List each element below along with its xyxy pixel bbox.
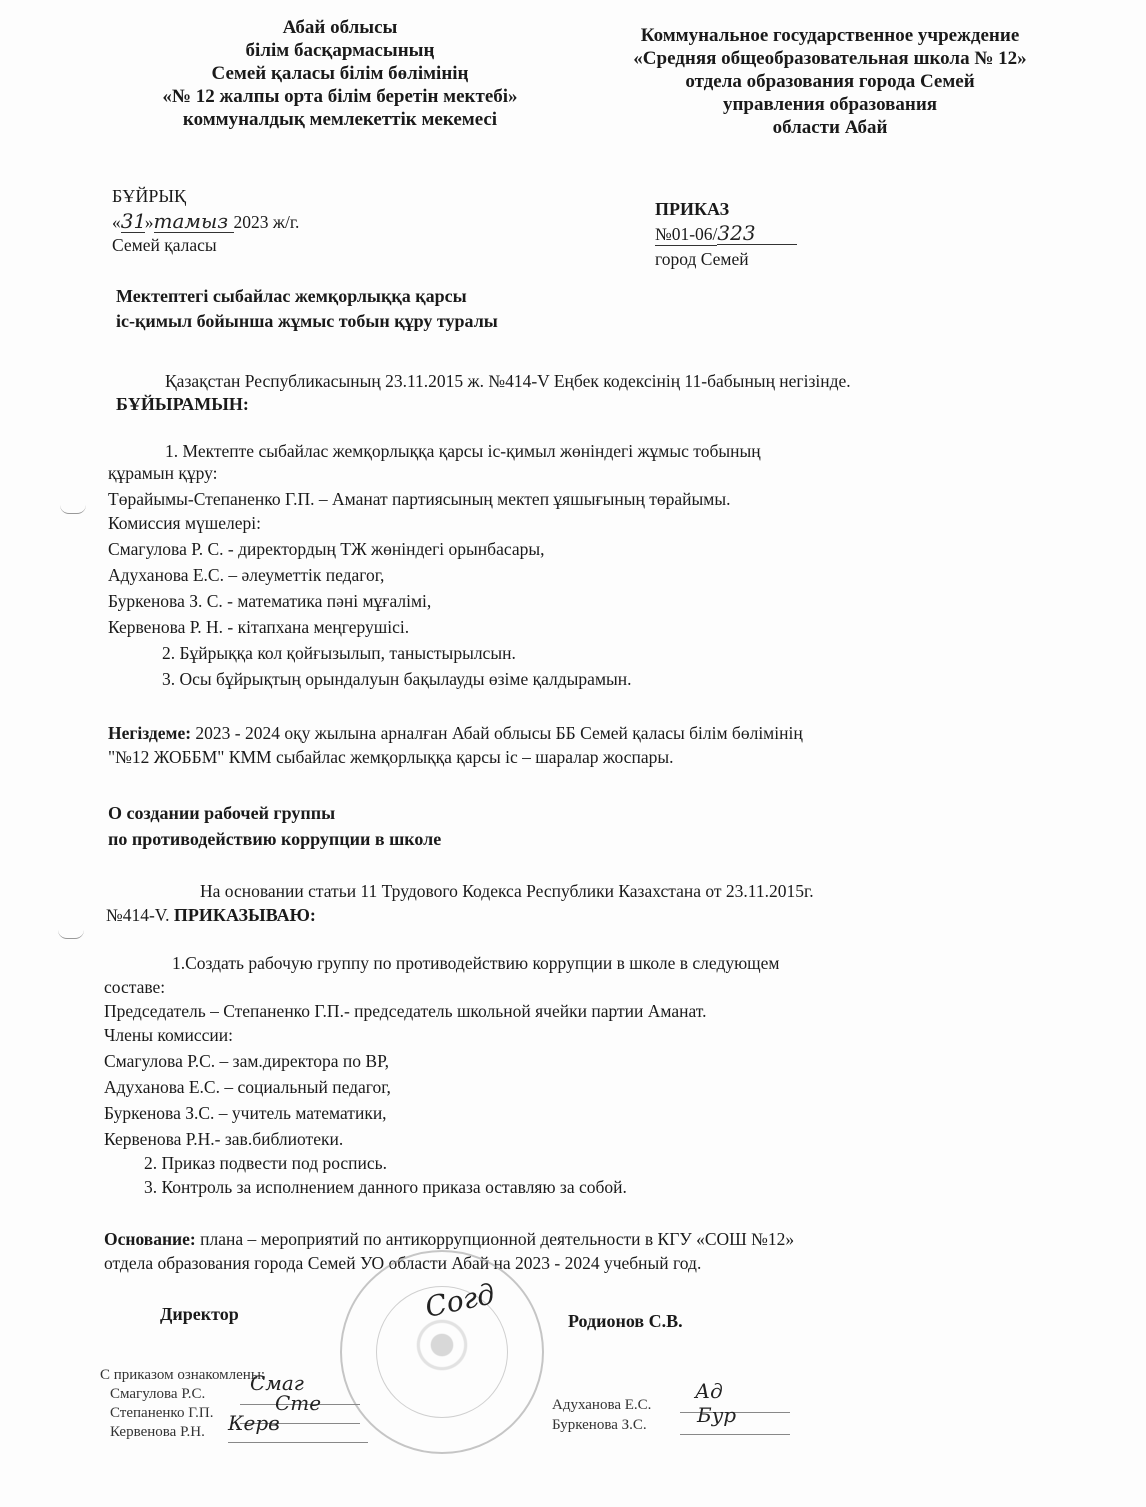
director-name: Родионов С.В. [568,1310,683,1332]
quote-open: « [112,212,121,232]
header-ru-line: Коммунальное государственное учреждение [580,24,1080,47]
ack-name: Адуханова Е.С. [552,1394,651,1416]
ru-member: Кервенова Р.Н.- зав.библиотеки. [104,1128,343,1150]
ack-signature: Бур [697,1404,736,1426]
ru-member: Смагулова Р.С. – зам.директора по ВР, [104,1050,389,1072]
punch-hole-mark [58,930,84,939]
signature-line [680,1434,790,1435]
kz-chair: Төрайымы-Степаненко Г.П. – Аманат партия… [108,488,731,510]
basis-ru-text: плана – мероприятий по антикоррупционной… [196,1229,794,1249]
preamble-ru: На основании статьи 11 Трудового Кодекса… [200,880,814,902]
kz-members-label: Комиссия мүшелері: [108,512,261,534]
header-kz-line: білім басқармасының [100,39,580,62]
order-number: №01-06/323 [655,222,797,246]
header-kz-line: «№ 12 жалпы орта білім беретін мектебі» [100,85,580,108]
kz-item-1-cont: құрамын құру: [108,462,218,484]
basis-kz-text2: "№12 ЖОББМ" КММ сыбайлас жемқорлыққа қар… [108,746,673,768]
basis-ru-label: Основание: [104,1229,196,1249]
ru-item-2: 2. Приказ подвести под роспись. [144,1152,387,1174]
kz-member: Буркенова З. С. - математика пәні мұғалі… [108,590,431,612]
preamble-ru-law: №414-V. [106,905,170,925]
date-month-handwritten: тамыз [154,210,234,233]
ack-name: Буркенова З.С. [552,1414,647,1436]
order-city-kz: Семей қаласы [112,234,217,256]
preamble-kz: Қазақстан Республикасының 23.11.2015 ж. … [165,370,851,392]
order-title-ru: ПРИКАЗ [655,198,729,220]
basis-ru: Основание: плана – мероприятий по антико… [104,1228,794,1250]
order-city-ru: город Семей [655,248,749,270]
header-kz: Абай облысы білім басқармасының Семей қа… [100,16,580,131]
ru-item-1-cont: составе: [104,976,165,998]
header-ru: Коммунальное государственное учреждение … [580,24,1080,139]
ack-signature: Керв [228,1412,280,1434]
quote-close: » [145,212,154,232]
director-position: Директор [160,1303,239,1325]
order-word-ru: ПРИКАЗЫВАЮ: [174,905,316,925]
ru-member: Буркенова З.С. – учитель математики, [104,1102,387,1124]
subject-kz-line2: іс-қимыл бойынша жұмыс тобын құру туралы [116,310,498,332]
ru-member: Адуханова Е.С. – социальный педагог, [104,1076,391,1098]
header-ru-line: области Абай [580,116,1080,139]
basis-kz-text: 2023 - 2024 оқу жылына арналған Абай обл… [191,723,803,743]
subject-kz-line1: Мектептегі сыбайлас жемқорлыққа қарсы [116,285,467,307]
ack-signature: Сте [275,1392,321,1414]
basis-kz-label: Негіздеме: [108,723,191,743]
ack-signature: Ад [695,1380,723,1402]
kz-member: Смагулова Р. С. - директордың ТЖ жөнінде… [108,538,544,560]
date-year: 2023 ж/г. [234,212,300,232]
header-ru-line: «Средняя общеобразовательная школа № 12» [580,47,1080,70]
basis-kz: Негіздеме: 2023 - 2024 оқу жылына арналғ… [108,722,803,744]
ack-name: Кервенова Р.Н. [110,1421,205,1443]
date-day-handwritten: 31 [121,210,145,233]
header-kz-line: коммуналдық мемлекеттік мекемесі [100,108,580,131]
order-date-kz: «31»тамыз2023 ж/г. [112,210,299,233]
kz-item-3: 3. Осы бұйрықтың орындалуын бақылауды өз… [162,668,632,690]
official-seal-stamp [340,1250,544,1454]
header-ru-line: отдела образования города Семей [580,70,1080,93]
header-kz-line: Абай облысы [100,16,580,39]
ru-item-3: 3. Контроль за исполнением данного прика… [144,1176,627,1198]
order-number-handwritten: 323 [717,222,797,245]
preamble-ru-line2: №414-V. ПРИКАЗЫВАЮ: [106,904,316,926]
punch-hole-mark [60,505,86,514]
order-number-prefix: №01-06/ [655,223,717,246]
kz-item-1: 1. Мектепте сыбайлас жемқорлыққа қарсы і… [165,440,761,462]
kz-member: Адуханова Е.С. – әлеуметтік педагог, [108,564,384,586]
kz-item-2: 2. Бұйрыққа кол қойғызылып, таныстырылсы… [162,642,516,664]
header-kz-line: Семей қаласы білім бөлімінің [100,62,580,85]
subject-ru-line1: О создании рабочей группы [108,802,335,824]
subject-ru-line2: по противодействию коррупции в школе [108,828,441,850]
ru-item-1: 1.Создать рабочую группу по противодейст… [172,952,780,974]
header-ru-line: управления образования [580,93,1080,116]
ru-members-label: Члены комиссии: [104,1024,233,1046]
kz-member: Кервенова Р. Н. - кітапхана меңгерушісі. [108,616,409,638]
order-title-kz: БҰЙРЫҚ [112,185,186,207]
signature-line [228,1442,368,1443]
ru-chair: Председатель – Степаненко Г.П.- председа… [104,1000,707,1022]
order-word-kz: БҰЙЫРАМЫН: [116,393,249,415]
